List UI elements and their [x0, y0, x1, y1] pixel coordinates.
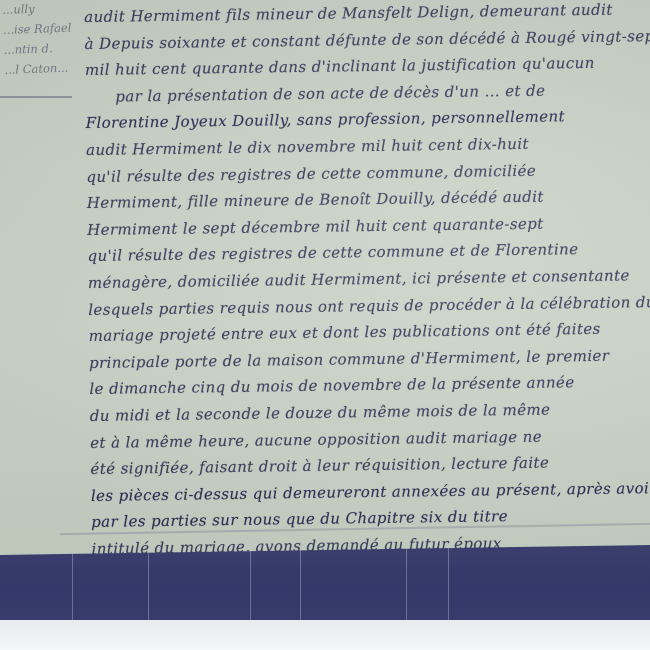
- margin-divider: [0, 96, 72, 98]
- margin-notes: ...ully ...ise Rafael ...ntin d. ...l Ca…: [0, 0, 85, 80]
- handwritten-text-body: audit Hermiment fils mineur de Mansfelt …: [84, 0, 650, 560]
- bottom-white-strip: [0, 620, 650, 650]
- document-page: ...ully ...ise Rafael ...ntin d. ...l Ca…: [0, 0, 650, 560]
- margin-note-line: ...ise Rafael: [1, 17, 84, 40]
- margin-note-line: ...l Caton...: [2, 57, 85, 80]
